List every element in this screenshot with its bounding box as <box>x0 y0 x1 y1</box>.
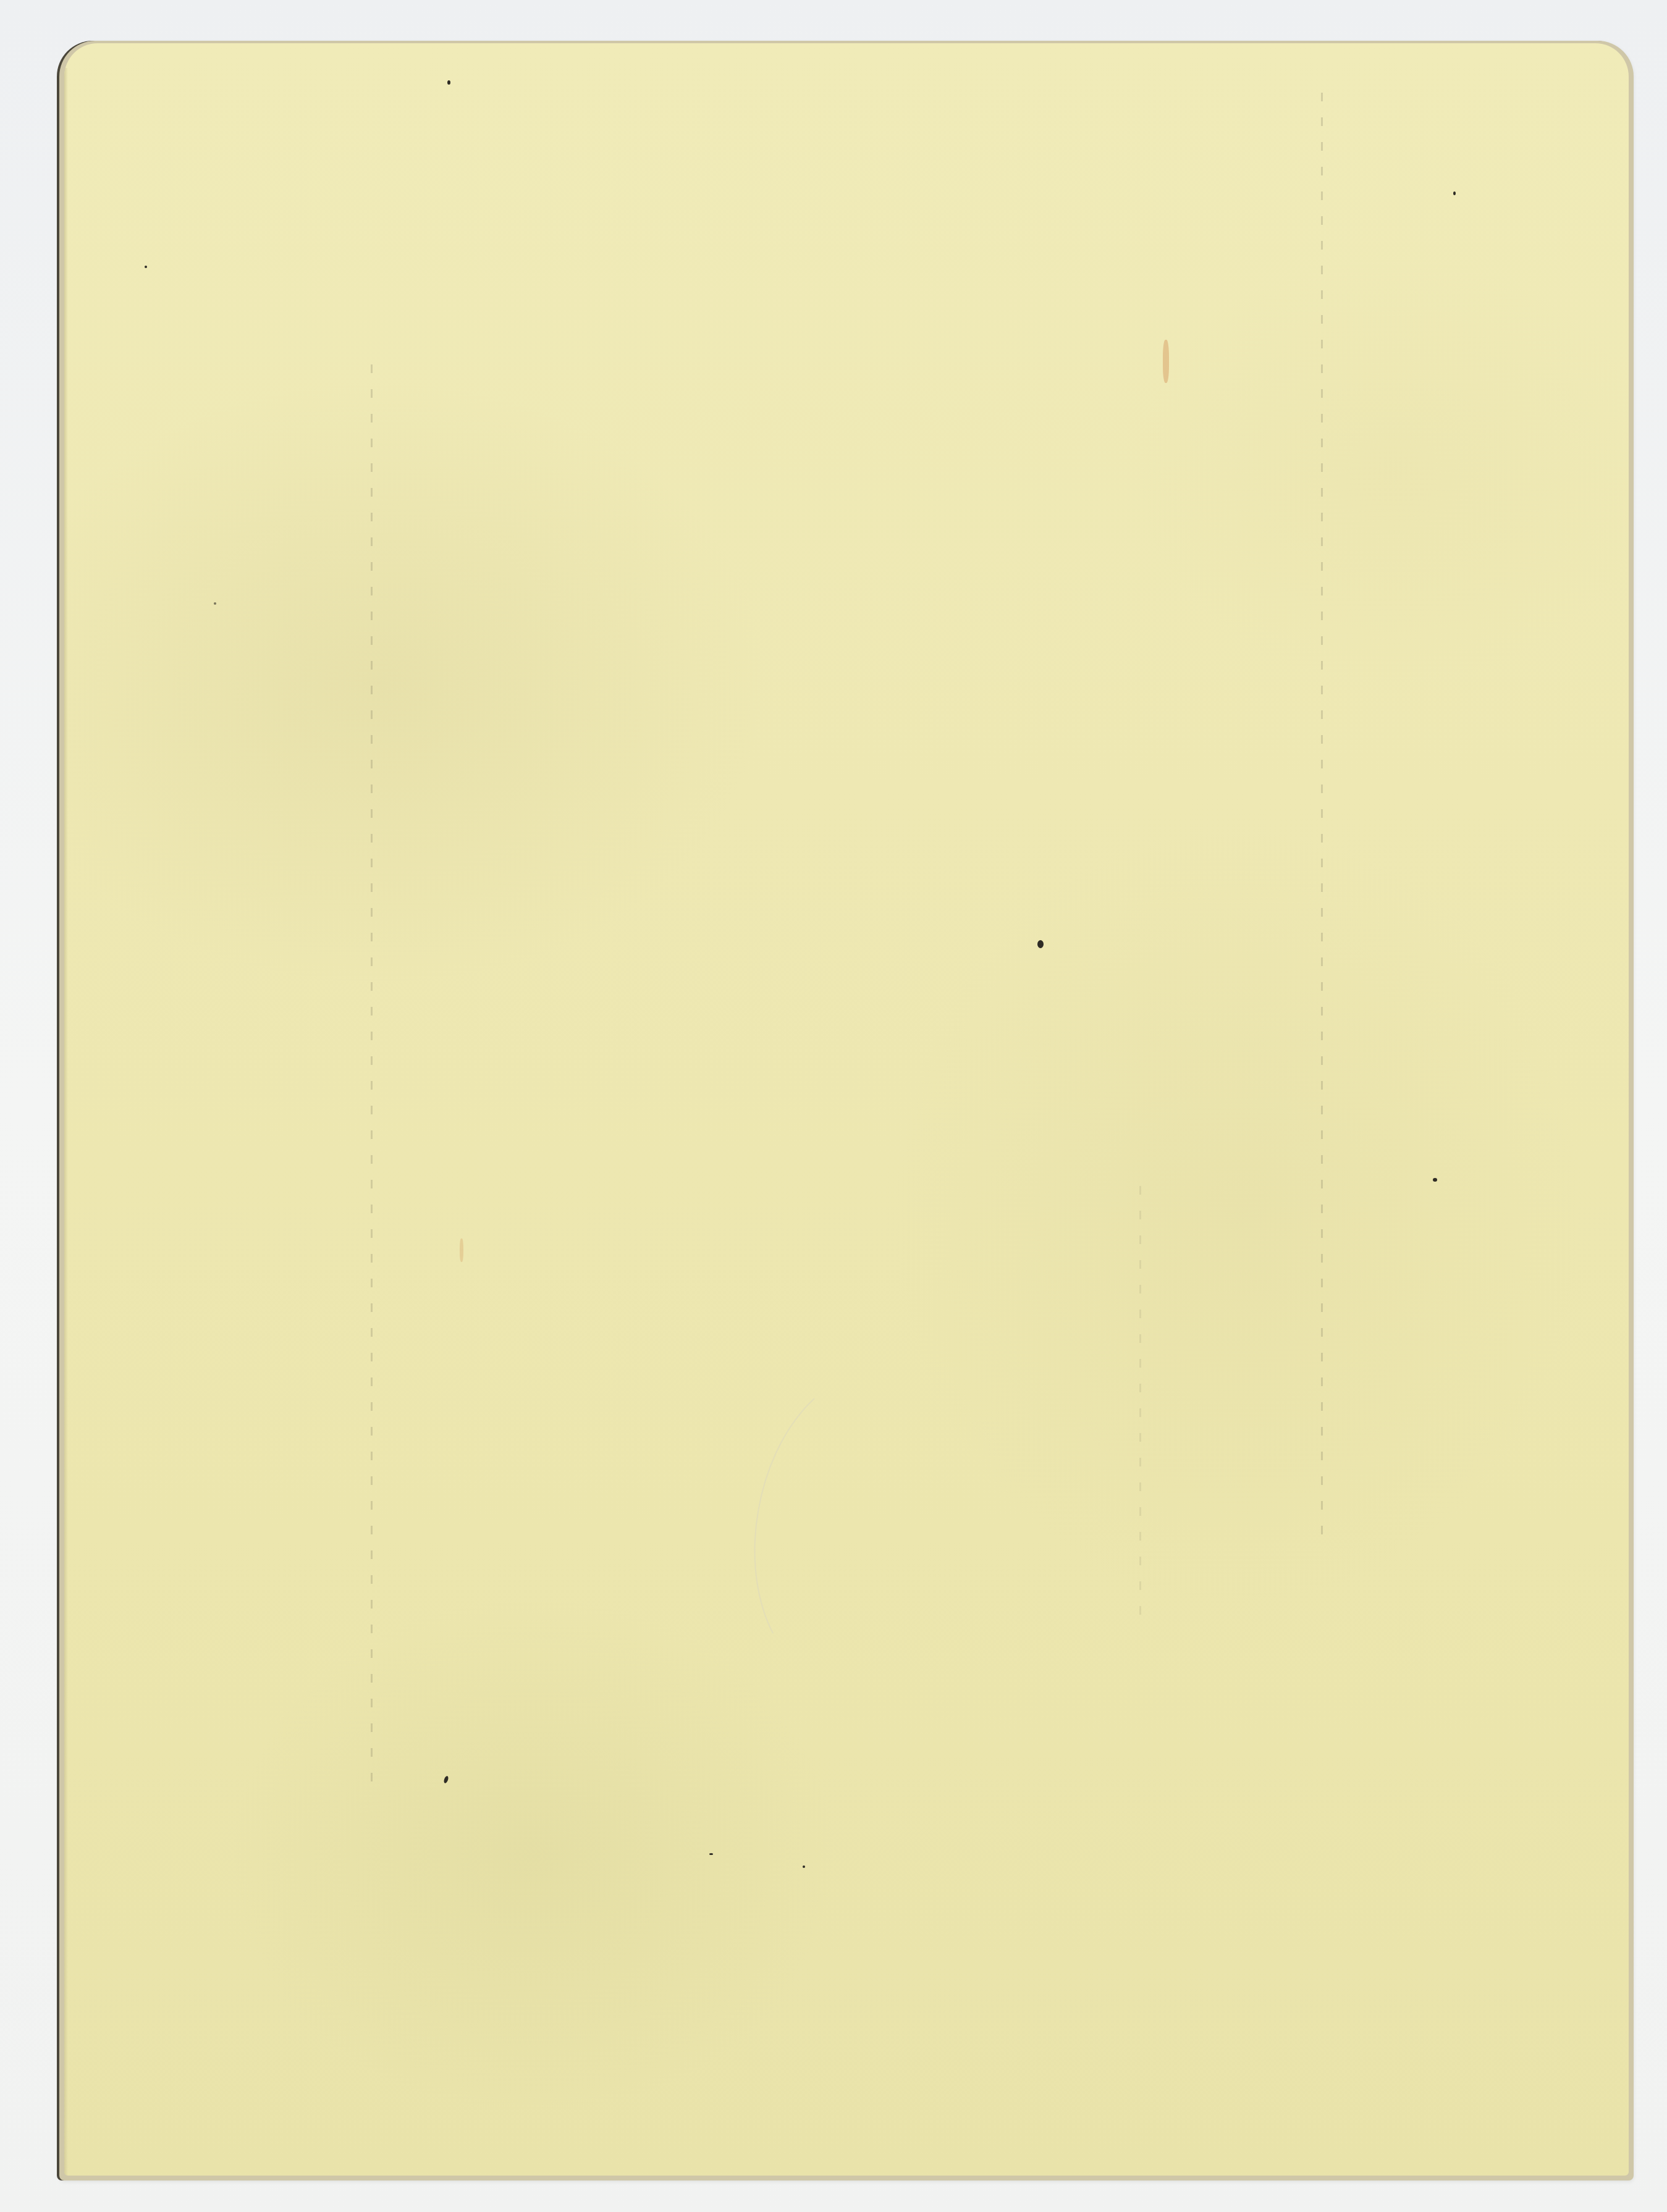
crease-line-right <box>1321 93 1323 1544</box>
speck <box>443 1775 449 1783</box>
speck <box>1037 940 1044 948</box>
crease-line-left <box>371 364 373 1785</box>
speck <box>1433 1178 1437 1182</box>
speck <box>709 1853 713 1855</box>
speck <box>447 80 450 85</box>
speck <box>145 266 147 268</box>
cabinet-card-back <box>64 43 1629 2176</box>
rust-stain <box>460 1238 463 1262</box>
rust-stain <box>1163 340 1169 383</box>
speck <box>803 1865 805 1868</box>
speck <box>214 602 216 605</box>
speck <box>1453 191 1456 195</box>
scratch-mark <box>731 1356 982 1698</box>
card-left-edge <box>64 68 68 2176</box>
crease-line-mid <box>1139 1186 1141 1618</box>
